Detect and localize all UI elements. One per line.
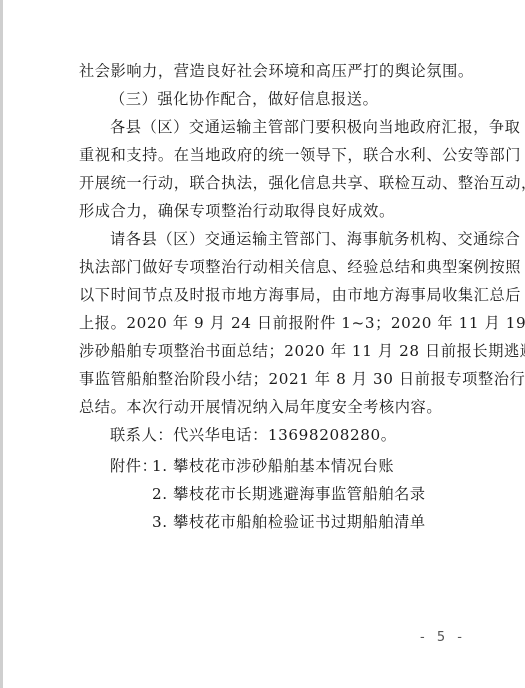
document-page: 社会影响力，营造良好社会环境和高压严打的舆论氛围。 （三）强化协作配合，做好信息…	[3, 0, 525, 688]
attachments-list: 附件：1. 攀枝花市涉砂船舶基本情况台账 2. 攀枝花市长期逃避海事监管船舶名录…	[110, 452, 426, 536]
contact-line: 联系人：代兴华电话：13698208280。	[79, 421, 457, 449]
paragraph-line: 涉砂船舶专项整治书面总结；2020 年 11 月 28 日前报长期逃避海	[79, 337, 457, 365]
paragraph-line: 总结。本次行动开展情况纳入局年度安全考核内容。	[79, 393, 457, 421]
paragraph-line: 开展统一行动，联合执法，强化信息共享、联检互动、整治互动，	[79, 169, 457, 197]
section-heading: （三）强化协作配合，做好信息报送。	[79, 85, 457, 113]
attachment-item: 3. 攀枝花市船舶检验证书过期船舶清单	[110, 508, 426, 536]
paragraph-line: 各县（区）交通运输主管部门要积极向当地政府汇报，争取	[79, 113, 457, 141]
attachments-label: 附件：	[110, 452, 152, 480]
attachment-item: 2. 攀枝花市长期逃避海事监管船舶名录	[110, 480, 426, 508]
paragraph-line: 请各县（区）交通运输主管部门、海事航务机构、交通综合	[79, 225, 457, 253]
paragraph-line: 重视和支持。在当地政府的统一领导下，联合水利、公安等部门	[79, 141, 457, 169]
document-body: 社会影响力，营造良好社会环境和高压严打的舆论氛围。 （三）强化协作配合，做好信息…	[79, 57, 457, 449]
attachment-title: 2. 攀枝花市长期逃避海事监管船舶名录	[152, 485, 426, 503]
page-number: - 5 -	[420, 630, 466, 645]
paragraph-line: 事监管船舶整治阶段小结；2021 年 8 月 30 日前报专项整治行动	[79, 365, 457, 393]
paragraph-line: 上报。2020 年 9 月 24 日前报附件 1~3；2020 年 11 月 1…	[79, 309, 457, 337]
attachment-item: 附件：1. 攀枝花市涉砂船舶基本情况台账	[110, 452, 426, 480]
attachment-title: 3. 攀枝花市船舶检验证书过期船舶清单	[152, 513, 426, 531]
paragraph-line: 形成合力，确保专项整治行动取得良好成效。	[79, 197, 457, 225]
paragraph-line: 社会影响力，营造良好社会环境和高压严打的舆论氛围。	[79, 57, 457, 85]
paragraph-line: 以下时间节点及时报市地方海事局，由市地方海事局收集汇总后	[79, 281, 457, 309]
paragraph-line: 执法部门做好专项整治行动相关信息、经验总结和典型案例按照	[79, 253, 457, 281]
attachment-title: 1. 攀枝花市涉砂船舶基本情况台账	[152, 457, 394, 475]
